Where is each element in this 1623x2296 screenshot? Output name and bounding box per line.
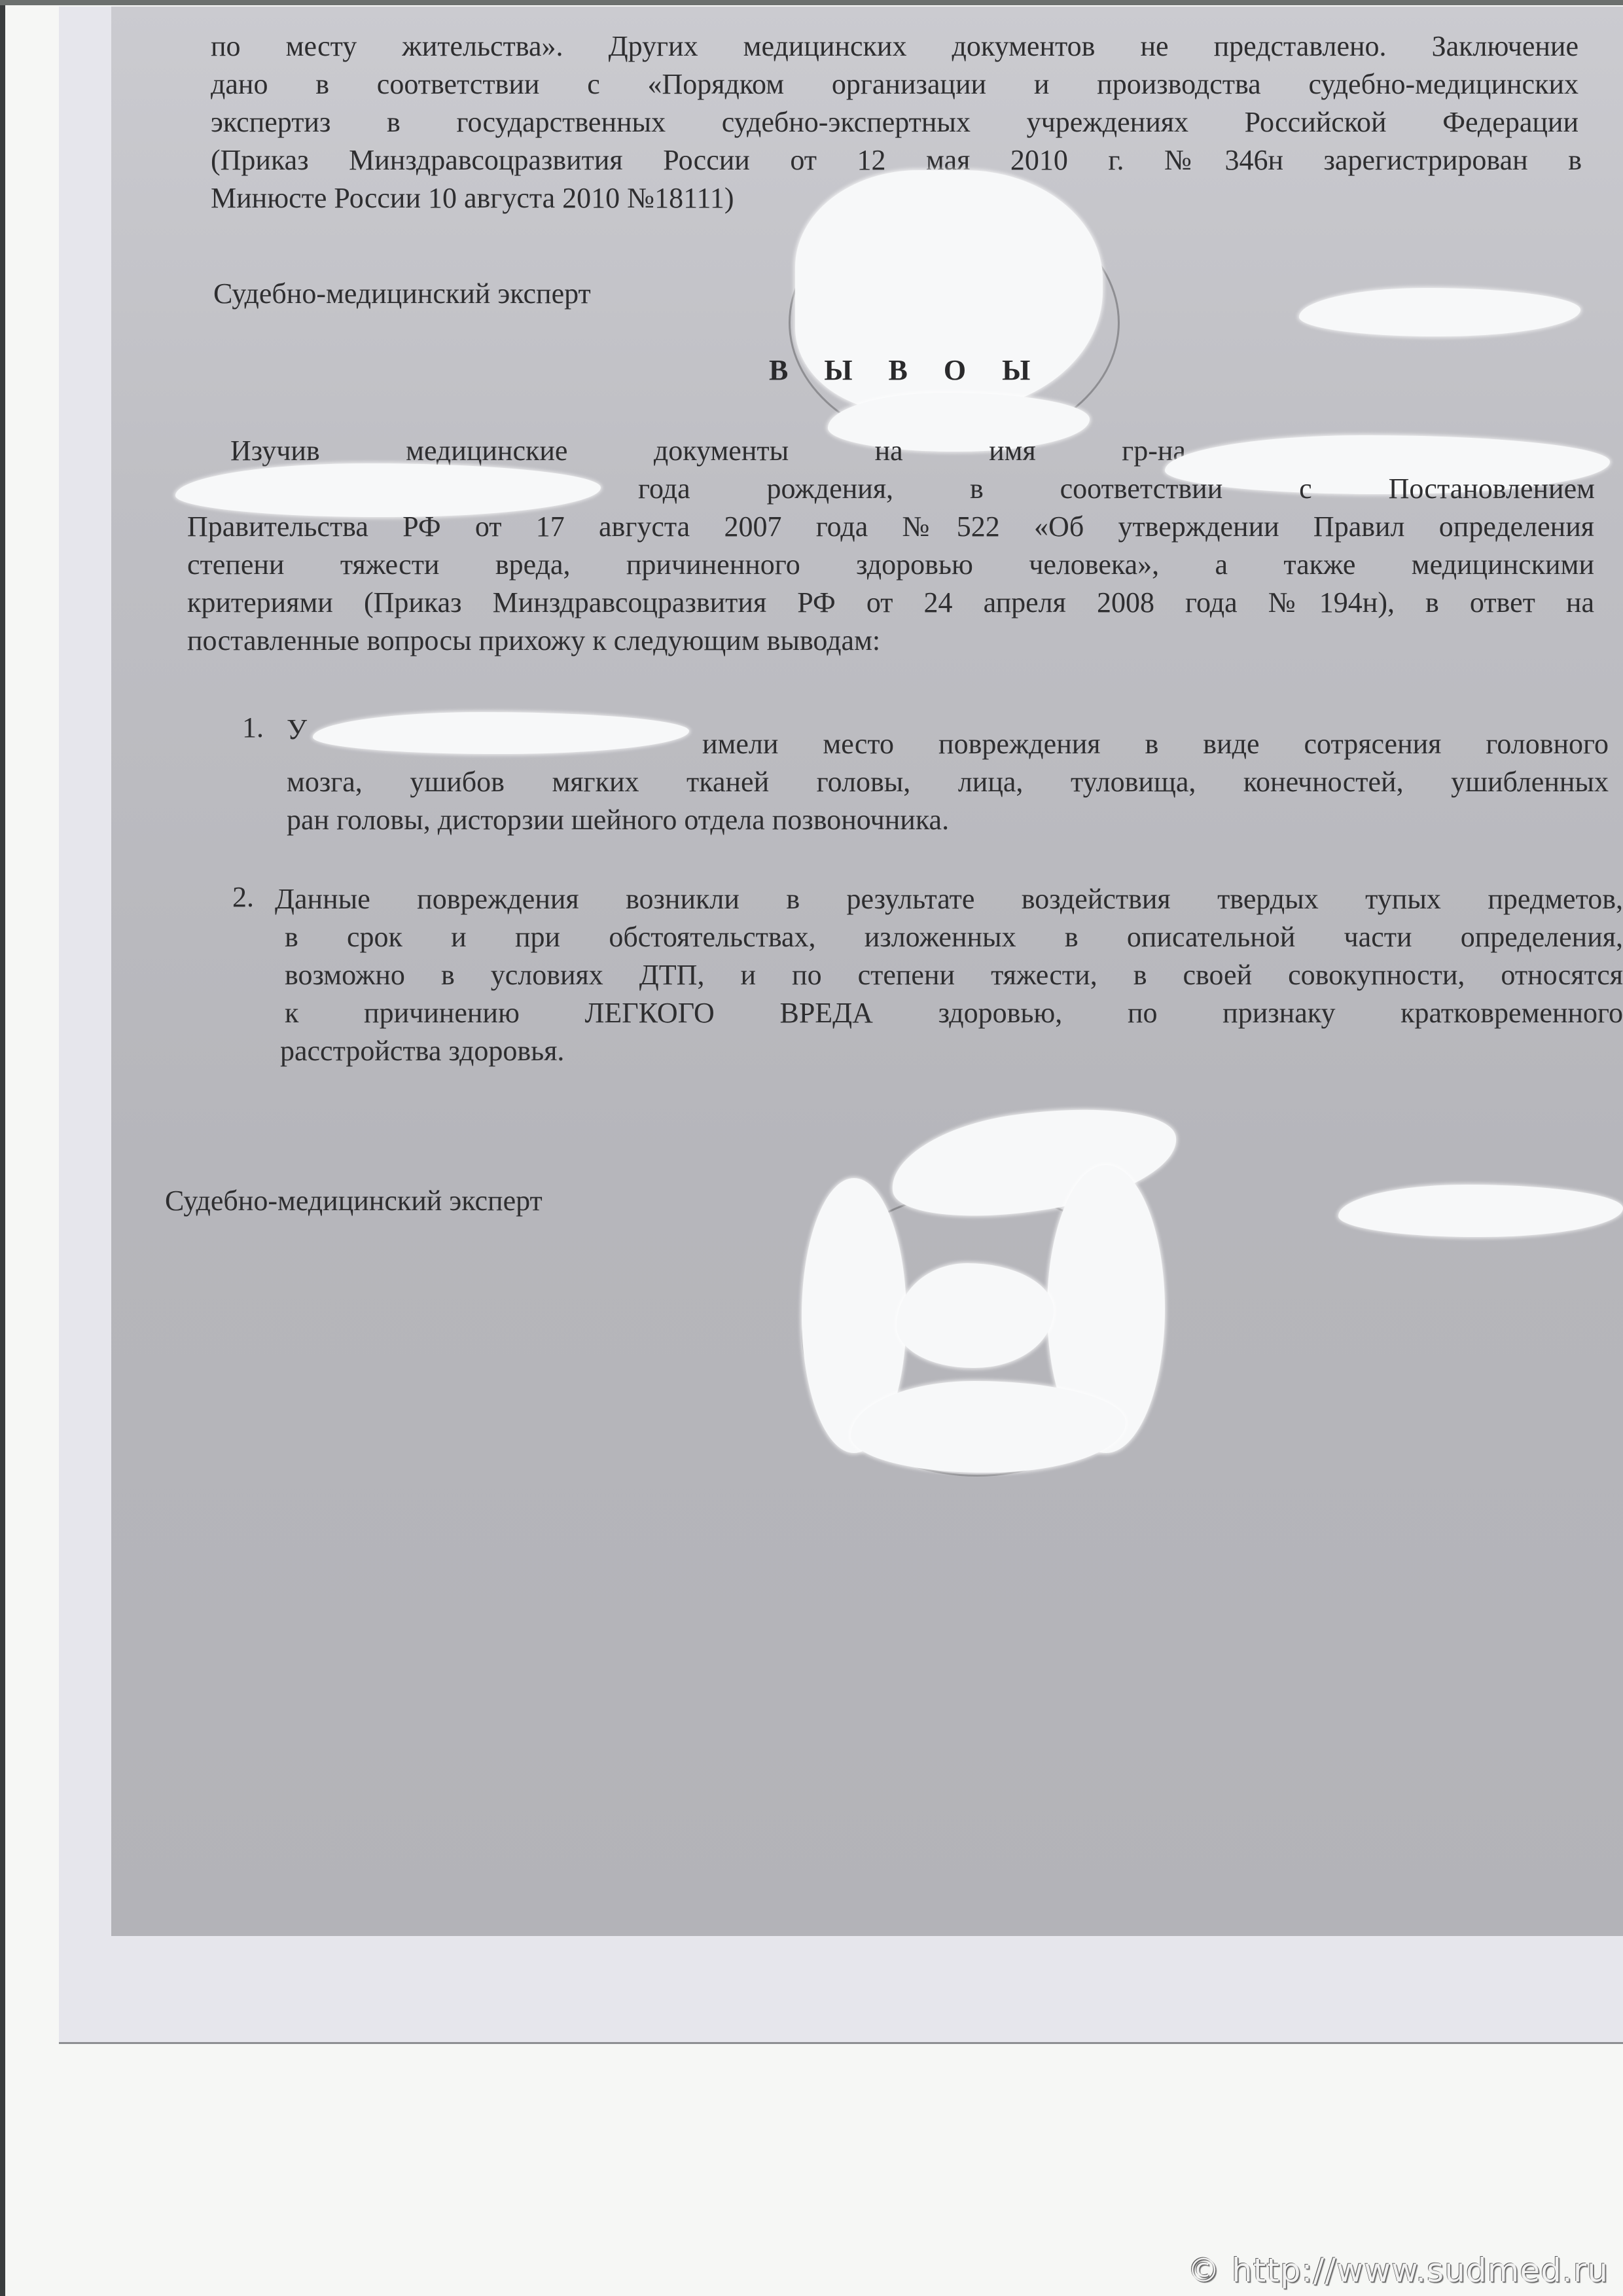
word: рождения, [767, 470, 894, 508]
conclusions-title: В Ы В О Ы [769, 353, 1044, 387]
word: в [970, 470, 984, 508]
intro-line: дано в соответствии с «Порядком организа… [211, 65, 1578, 103]
conclusion-line: мозга, ушибов мягких тканей головы, лица… [287, 763, 1609, 801]
conclusion-line: расстройства здоровья. [280, 1032, 1623, 1070]
study-line-2: года рождения, в соответствии с Постанов… [638, 470, 1595, 508]
list-number: 2. [232, 880, 254, 914]
conclusion-line: имели место повреждения в виде сотрясени… [702, 725, 1609, 763]
study-line: поставленные вопросы прихожу к следующим… [187, 622, 1594, 660]
expert-signature-label: Судебно-медицинский эксперт [213, 275, 591, 313]
word: документы [654, 432, 789, 470]
site-watermark: © http://www.sudmed.ru [1187, 2251, 1609, 2289]
scanner-edge-left [0, 0, 5, 2296]
word: Изучив [230, 432, 320, 470]
word: имя [989, 432, 1036, 470]
word: Постановлением [1389, 470, 1595, 508]
intro-line: по месту жительства». Других медицинских… [211, 27, 1578, 65]
study-line: степени тяжести вреда, причиненного здор… [187, 546, 1594, 584]
word: с [1299, 470, 1312, 508]
word: на [875, 432, 903, 470]
study-line: Правительства РФ от 17 августа 2007 года… [187, 508, 1594, 546]
study-line: критериями (Приказ Минздравсоцразвития Р… [187, 584, 1594, 622]
conclusion-line: возможно в условиях ДТП, и по степени тя… [285, 956, 1623, 994]
conclusion-line: к причинению ЛЕГКОГО ВРЕДА здоровью, по … [285, 994, 1623, 1032]
conclusion-2-body: Данные повреждения возникли в результате… [275, 880, 1623, 1070]
study-paragraph-body: Правительства РФ от 17 августа 2007 года… [187, 508, 1594, 660]
scanner-edge-top [0, 0, 1623, 5]
word: года [638, 470, 690, 508]
conclusion-line: в срок и при обстоятельствах, изложенных… [285, 918, 1623, 956]
conclusion-line: ран головы, дисторзии шейного отдела поз… [287, 801, 1609, 839]
conclusion-line: Данные повреждения возникли в результате… [275, 880, 1623, 918]
expert-signature-label-2: Судебно-медицинский эксперт [165, 1182, 543, 1220]
conclusion-1-body: имели место повреждения в виде сотрясени… [287, 725, 1609, 839]
intro-line: экспертиз в государственных судебно-эксп… [211, 103, 1578, 141]
word: соответствии [1060, 470, 1223, 508]
list-number: 1. [242, 711, 264, 744]
